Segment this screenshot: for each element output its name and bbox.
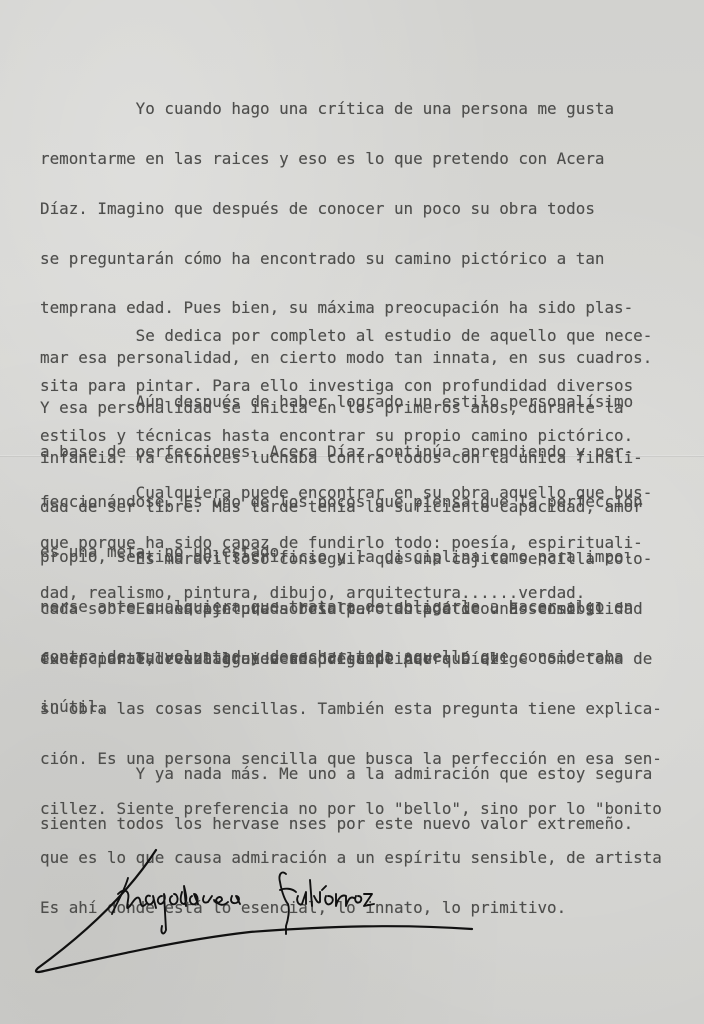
text-line: Aún después de haber logrado un estilo p… — [40, 394, 643, 411]
text-line: Es maravilloso conseguir que una cajita … — [40, 551, 652, 568]
signature-first-name — [112, 878, 240, 933]
text-line: Díaz. Imagino que después de conocer un … — [40, 201, 652, 218]
text-line: Y ya nada más. Me uno a la admiración qu… — [40, 766, 652, 783]
signature-flourish — [36, 850, 472, 972]
text-line: Es una pintura sobria pero dotada de una… — [40, 601, 643, 618]
text-line: se preguntarán cómo ha encontrado su cam… — [40, 251, 652, 268]
text-line: Cualquiera puede encontrar en su obra aq… — [40, 485, 652, 502]
text-line: Se dedica por completo al estudio de aqu… — [40, 328, 652, 345]
text-line: su obra las cosas sencillas. También est… — [40, 701, 662, 718]
text-line: Tal vez alguien se pregunte por qué elig… — [40, 651, 662, 668]
text-line: Yo cuando hago una crítica de una person… — [40, 101, 652, 118]
letter-page: Yo cuando hago una crítica de una person… — [0, 0, 704, 1024]
signature-surname — [279, 872, 374, 934]
handwritten-signature — [0, 830, 704, 1024]
text-line: remontarme en las raices y eso es lo que… — [40, 151, 652, 168]
